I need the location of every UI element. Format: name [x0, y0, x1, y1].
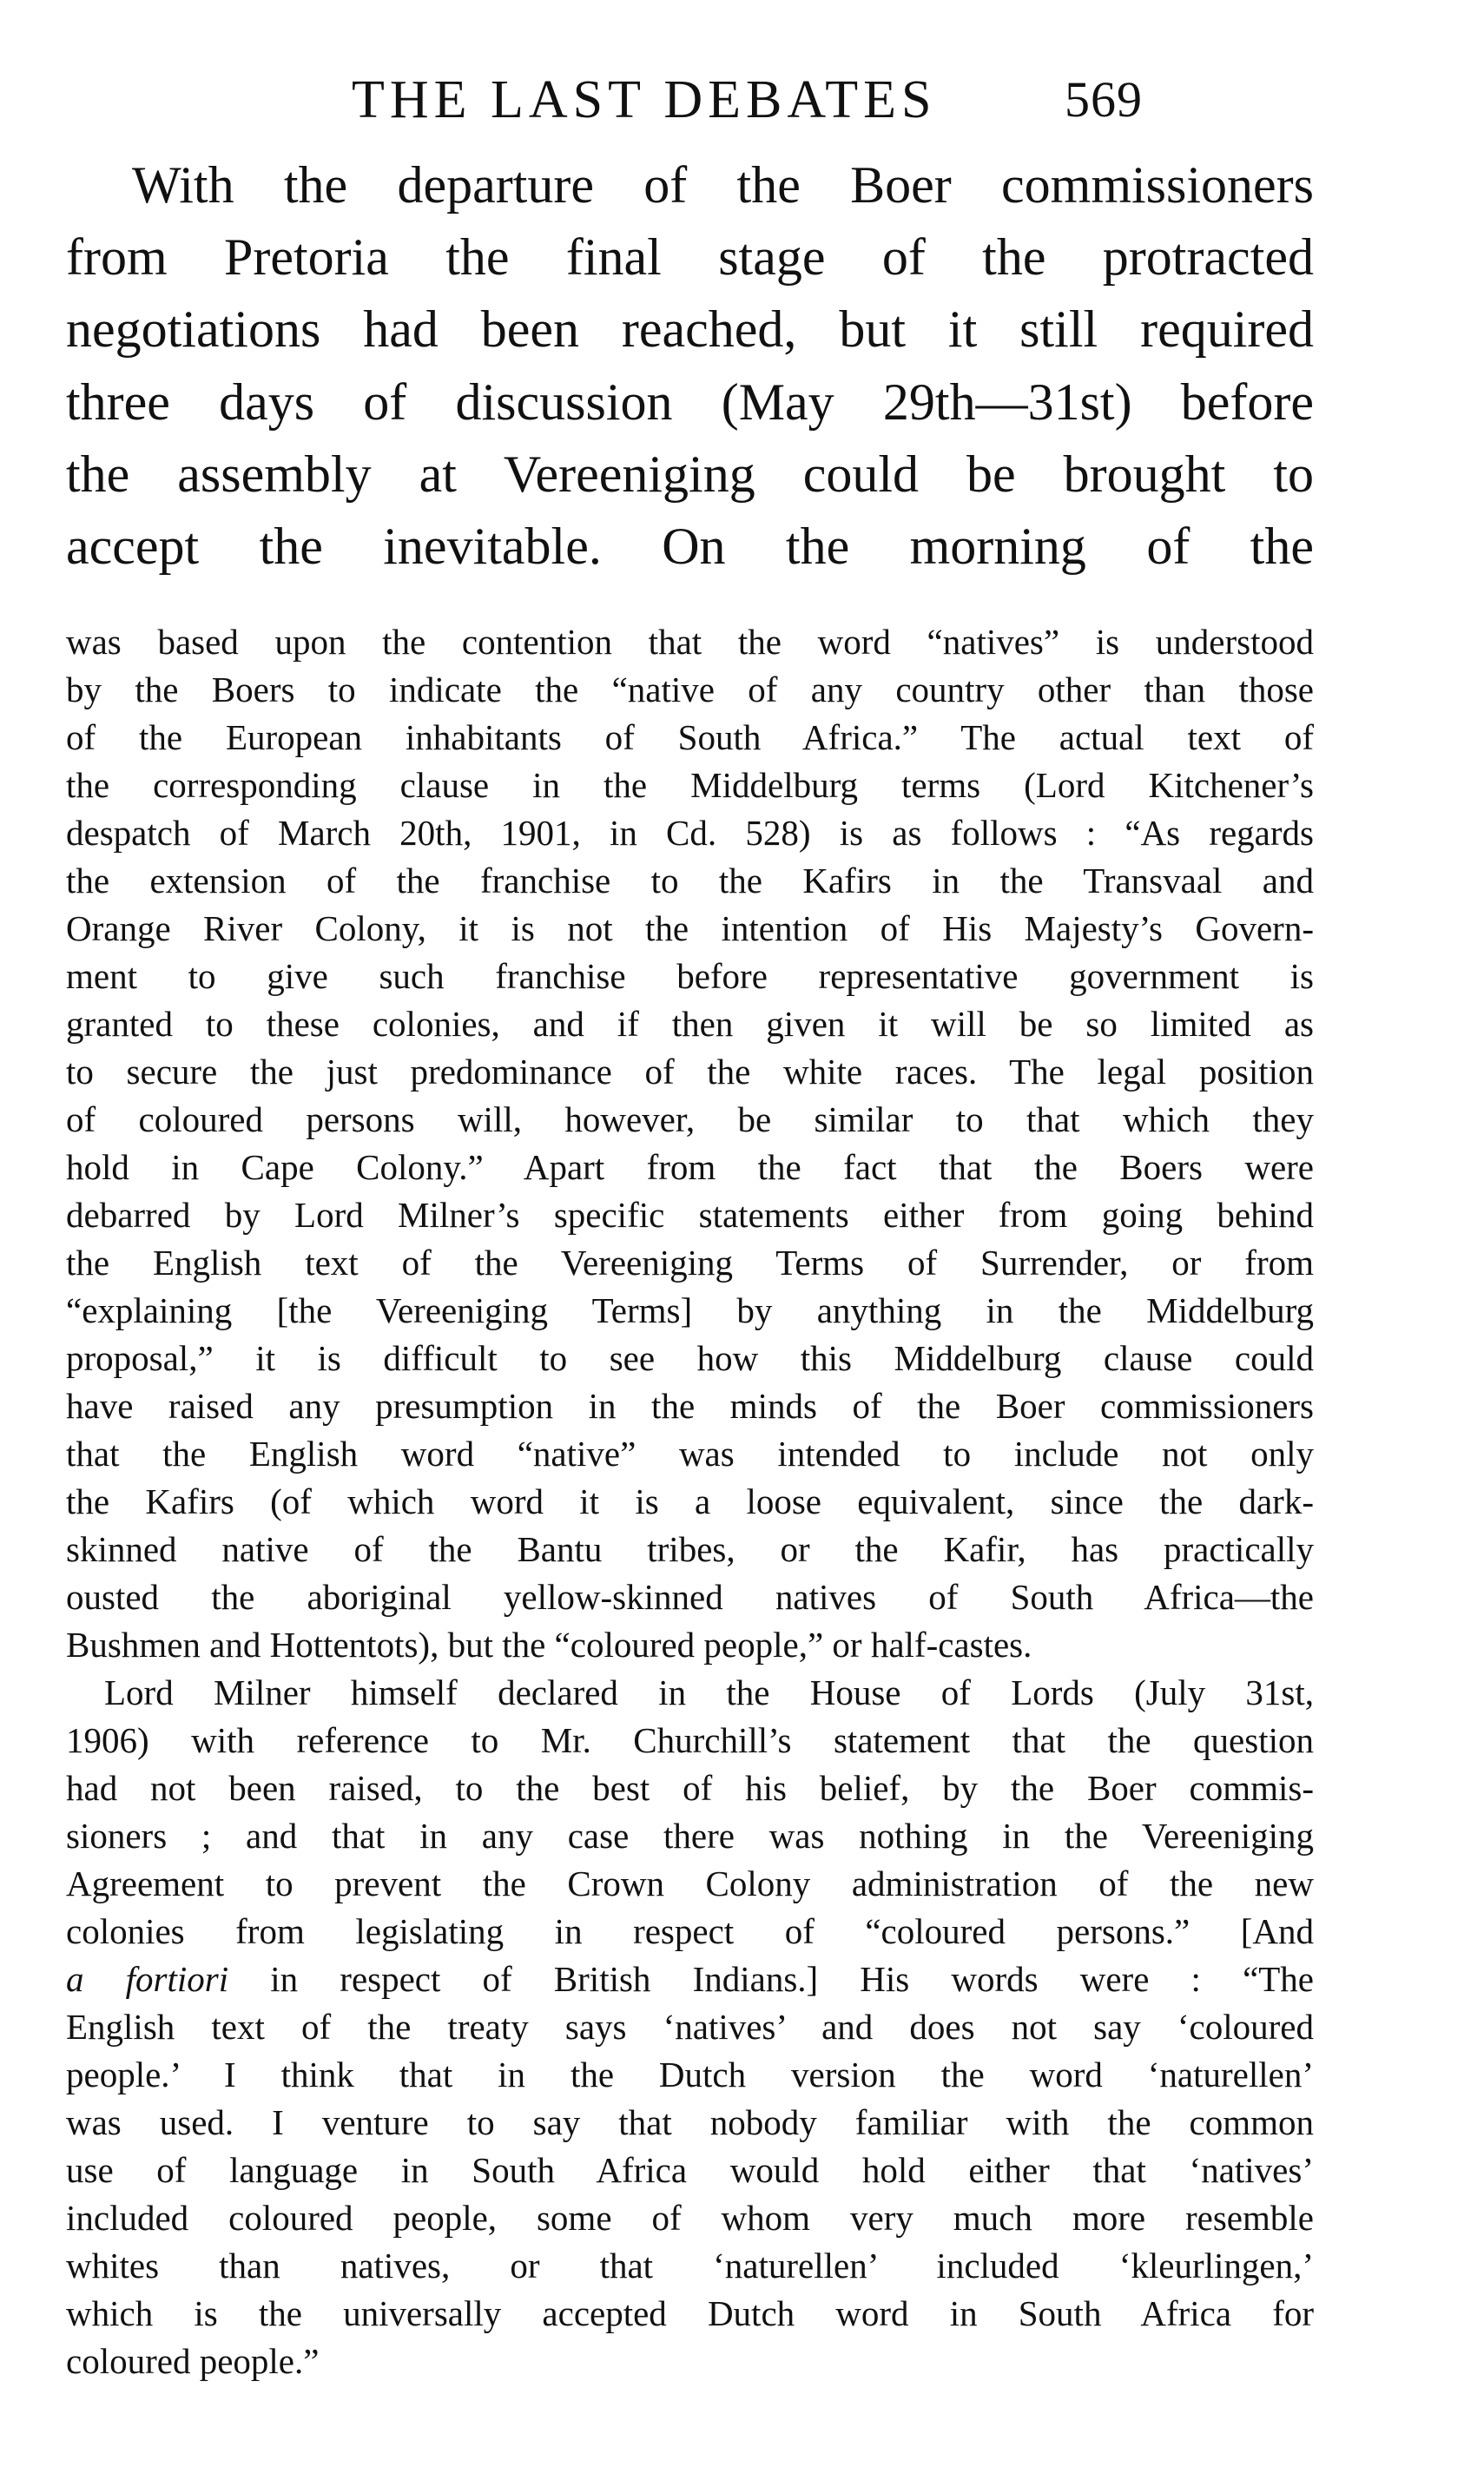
- footnote-line-rest: in respect of British Indians.] His word…: [270, 1959, 1314, 1999]
- main-text-paragraph: With the departure of the Boer commissio…: [66, 149, 1314, 583]
- main-text-line: negotiations had been reached, but it st…: [66, 294, 1314, 366]
- footnote-line: of coloured persons will, however, be si…: [66, 1096, 1314, 1144]
- footnote-line: coloured people.”: [66, 2338, 1314, 2385]
- page-number: 569: [1065, 69, 1143, 130]
- footnote-line: was based upon the contention that the w…: [66, 618, 1314, 666]
- footnote-line: sioners ; and that in any case there was…: [66, 1812, 1314, 1860]
- footnote-line: which is the universally accepted Dutch …: [66, 2290, 1314, 2338]
- footnote-line: included coloured people, some of whom v…: [66, 2194, 1314, 2242]
- footnote-line: hold in Cape Colony.” Apart from the fac…: [66, 1144, 1314, 1191]
- main-text-line: With the departure of the Boer commissio…: [66, 149, 1314, 221]
- book-page: THE LAST DEBATES 569 With the departure …: [0, 0, 1484, 2467]
- footnote-paragraph-2: Lord Milner himself declared in the Hous…: [66, 1669, 1314, 2385]
- footnote-line: despatch of March 20th, 1901, in Cd. 528…: [66, 809, 1314, 857]
- footnote-line: people.’ I think that in the Dutch versi…: [66, 2051, 1314, 2099]
- footnote-block: was based upon the contention that the w…: [66, 618, 1314, 2385]
- main-text-line: accept the inevitable. On the morning of…: [66, 511, 1314, 583]
- footnote-line: proposal,” it is difficult to see how th…: [66, 1335, 1314, 1382]
- footnote-line: the English text of the Vereeniging Term…: [66, 1239, 1314, 1287]
- running-head: THE LAST DEBATES 569: [0, 69, 1484, 130]
- main-text-line: three days of discussion (May 29th—31st)…: [66, 366, 1314, 439]
- footnote-line: the Kafirs (of which word it is a loose …: [66, 1478, 1314, 1526]
- footnote-line: had not been raised, to the best of his …: [66, 1764, 1314, 1812]
- footnote-line: Bushmen and Hottentots), but the “colour…: [66, 1621, 1314, 1669]
- footnote-paragraph-1: was based upon the contention that the w…: [66, 618, 1314, 1669]
- main-text-line: from Pretoria the final stage of the pro…: [66, 221, 1314, 294]
- footnote-line: 1906) with reference to Mr. Churchill’s …: [66, 1717, 1314, 1764]
- footnote-line: the corresponding clause in the Middelbu…: [66, 762, 1314, 809]
- footnote-line: debarred by Lord Milner’s specific state…: [66, 1191, 1314, 1239]
- running-title: THE LAST DEBATES: [352, 69, 937, 130]
- footnote-line: English text of the treaty says ‘natives…: [66, 2003, 1314, 2051]
- footnote-line: Orange River Colony, it is not the inten…: [66, 905, 1314, 953]
- main-text-line: the assembly at Vereeniging could be bro…: [66, 439, 1314, 511]
- footnote-line: ment to give such franchise before repre…: [66, 953, 1314, 1000]
- footnote-line: Agreement to prevent the Crown Colony ad…: [66, 1860, 1314, 1908]
- footnote-line: that the English word “native” was inten…: [66, 1430, 1314, 1478]
- footnote-line: the extension of the franchise to the Ka…: [66, 857, 1314, 905]
- footnote-line: was used. I venture to say that nobody f…: [66, 2099, 1314, 2147]
- footnote-line: ousted the aboriginal yellow-skinned nat…: [66, 1573, 1314, 1621]
- footnote-line: whites than natives, or that ‘naturellen…: [66, 2242, 1314, 2290]
- italic-phrase: a fortiori: [66, 1959, 228, 1999]
- footnote-line: skinned native of the Bantu tribes, or t…: [66, 1526, 1314, 1573]
- footnote-line: have raised any presumption in the minds…: [66, 1382, 1314, 1430]
- footnote-line: granted to these colonies, and if then g…: [66, 1000, 1314, 1048]
- footnote-line: colonies from legislating in respect of …: [66, 1908, 1314, 1956]
- footnote-line-with-italic: a fortiori in respect of British Indians…: [66, 1956, 1314, 2003]
- footnote-line: of the European inhabitants of South Afr…: [66, 714, 1314, 762]
- footnote-line: “explaining [the Vereeniging Terms] by a…: [66, 1287, 1314, 1335]
- footnote-line: to secure the just predominance of the w…: [66, 1048, 1314, 1096]
- footnote-line: Lord Milner himself declared in the Hous…: [66, 1669, 1314, 1717]
- footnote-line: use of language in South Africa would ho…: [66, 2147, 1314, 2194]
- footnote-line: by the Boers to indicate the “native of …: [66, 666, 1314, 714]
